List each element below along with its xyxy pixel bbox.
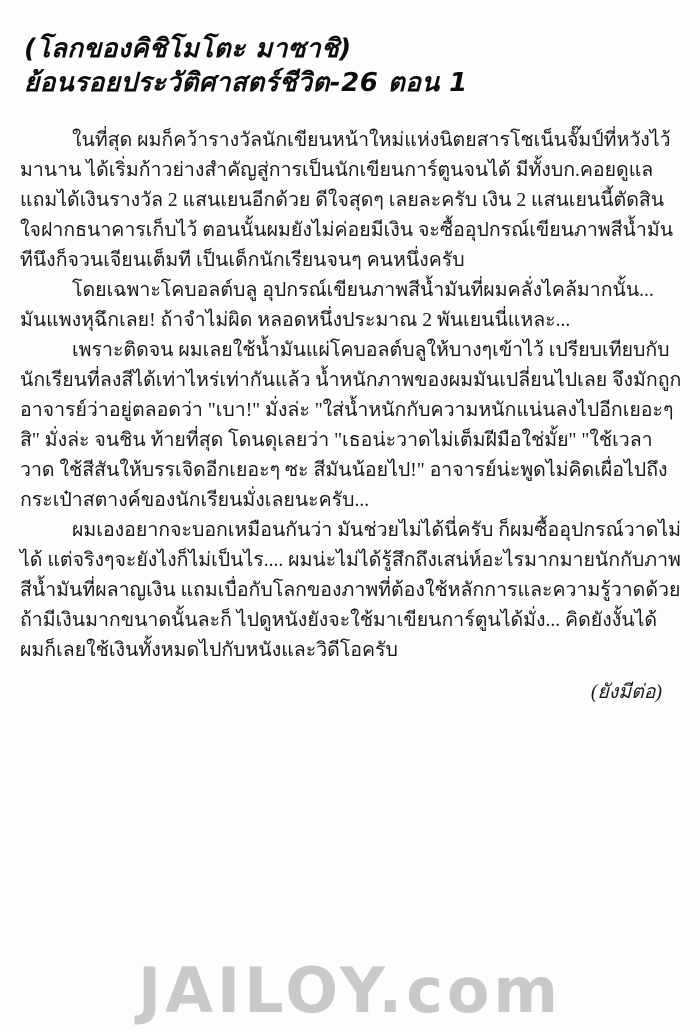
document-title-line-1: (โลกของคิชิโมโตะ มาซาชิ) <box>24 32 676 66</box>
body-text: ในที่สุด ผมก็คว้ารางวัลนักเขียนหน้าใหม่แ… <box>20 126 682 666</box>
paragraph-4: ผมเองอยากจะบอกเหมือนกันว่า มันช่วยไม่ได้… <box>20 516 682 666</box>
document-title-line-2: ย้อนรอยประวัติศาสตร์ชีวิต-26 ตอน 1 <box>24 66 676 100</box>
scanned-document-page: (โลกของคิชิโมโตะ มาซาชิ) ย้อนรอยประวัติศ… <box>0 0 700 1035</box>
title-block: (โลกของคิชิโมโตะ มาซาชิ) ย้อนรอยประวัติศ… <box>24 32 676 100</box>
to-be-continued-note: (ยังมีต่อ) <box>591 676 662 707</box>
paragraph-3: เพราะติดจน ผมเลยใช้น้ำมันแผ่โคบอลต์บลูให… <box>20 336 682 516</box>
paragraph-1: ในที่สุด ผมก็คว้ารางวัลนักเขียนหน้าใหม่แ… <box>20 126 682 276</box>
paragraph-2: โดยเฉพาะโคบอลต์บลู อุปกรณ์เขียนภาพสีน้ำม… <box>20 276 682 336</box>
jailoy-watermark: JAILOY.com <box>0 954 700 1027</box>
